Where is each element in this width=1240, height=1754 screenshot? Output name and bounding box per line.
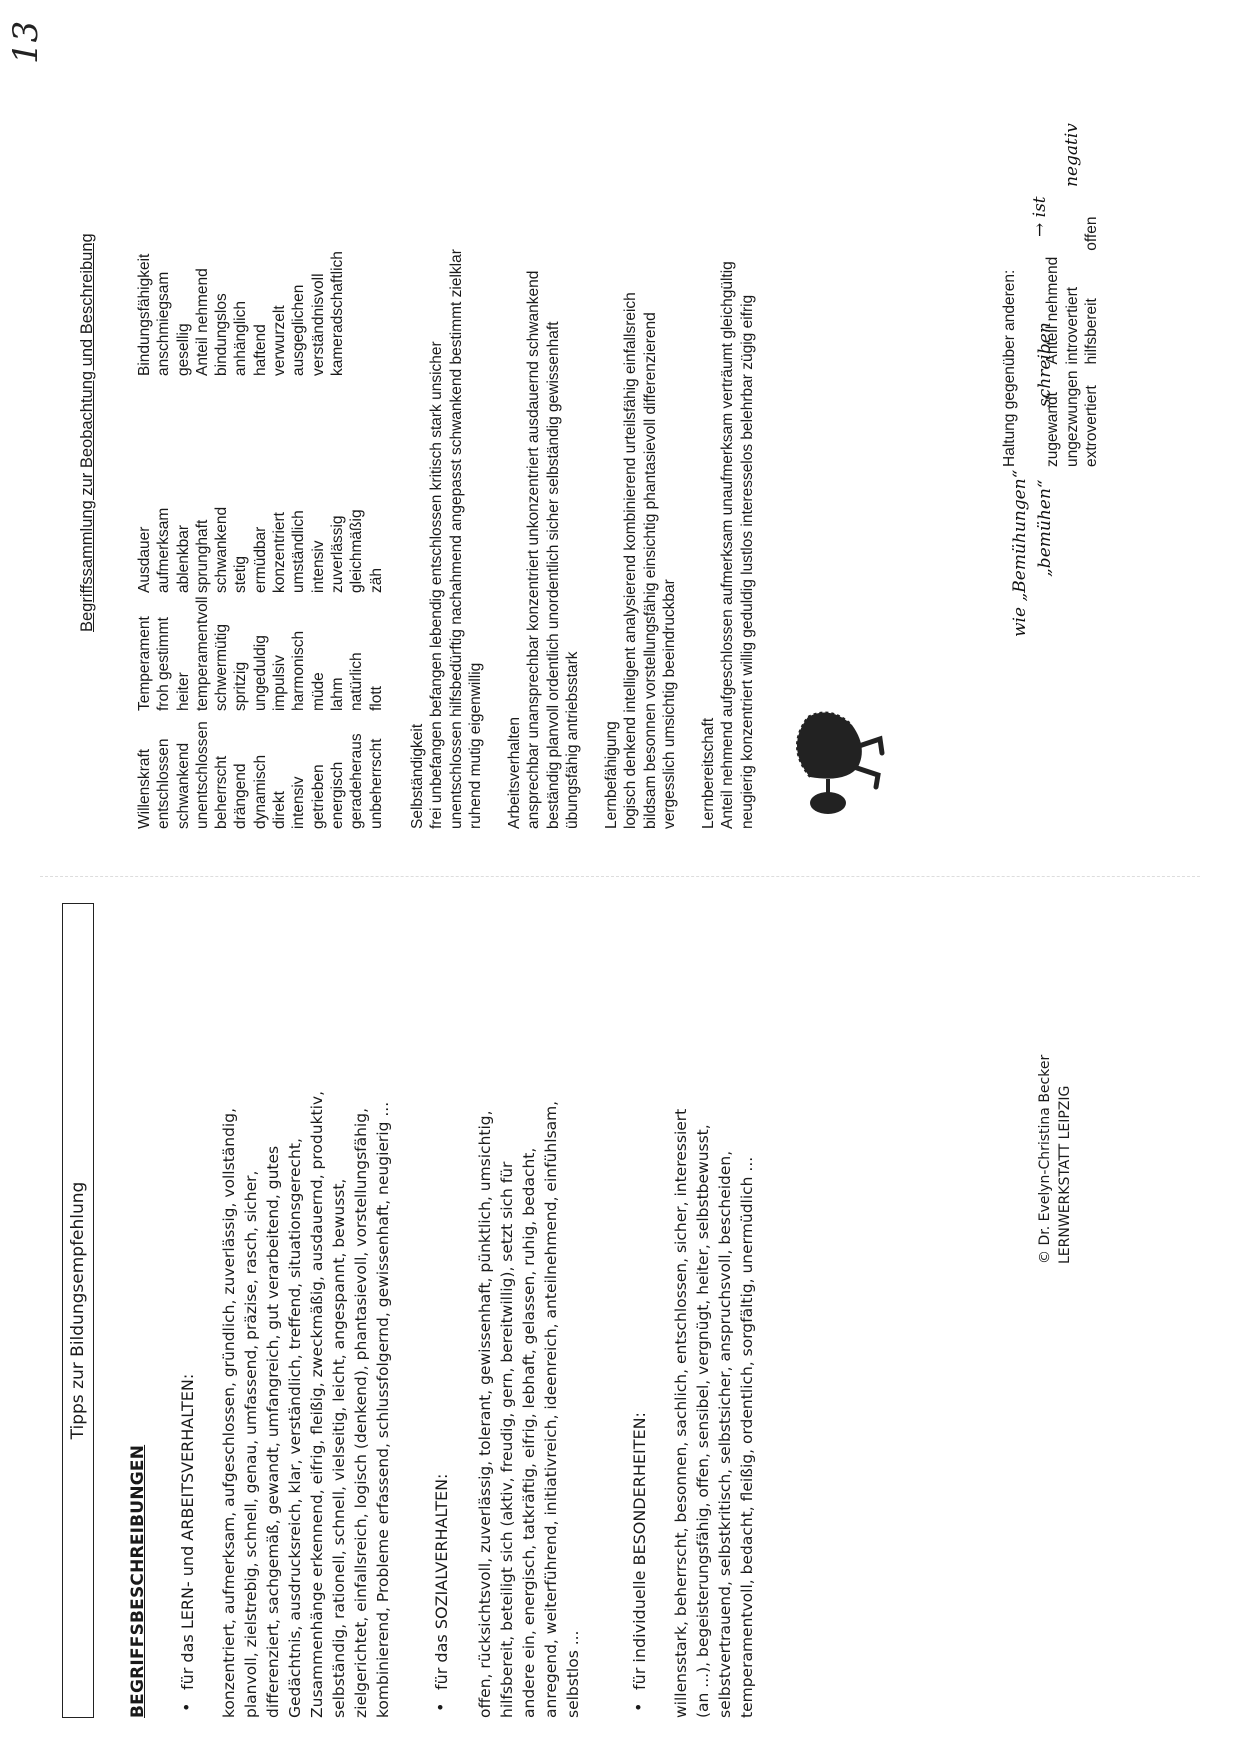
section-haltung: Haltung gegenüber anderen: zugewandtunge… <box>1000 211 1101 467</box>
table-cell: froh gestimmt <box>154 593 173 711</box>
table-cell: anschmiegsam <box>154 156 173 376</box>
haltung-column: Anteil nehmendintrovertierthilfsbereit <box>1043 257 1101 365</box>
haltung-term: Anteil nehmend <box>1043 257 1062 365</box>
cartoon-figure-illustration <box>790 687 894 817</box>
table-column-header: Bindungsfähigkeit <box>135 156 154 376</box>
handwritten-note-negativ: negativ <box>1062 123 1082 187</box>
table-cell: impulsiv <box>270 593 289 711</box>
haltung-term: ungezwungen <box>1063 370 1082 467</box>
table-cell: zuverlässig <box>328 376 347 593</box>
bullet-besonderheiten: für individuelle BESONDERHEITEN: <box>630 1412 649 1690</box>
table-cell: lahm <box>328 593 347 711</box>
table-cell: verständnisvoll <box>309 156 328 376</box>
table-cell: energisch <box>328 711 347 829</box>
table-cell: intensiv <box>309 376 328 593</box>
haltung-column: zugewandtungezwungenextrovertiert <box>1043 370 1101 467</box>
table-cell: konzentriert <box>270 376 289 593</box>
trait-word-table: Willenskraftentschlossenschwankendunents… <box>135 156 386 829</box>
table-cell: direkt <box>270 711 289 829</box>
table-cell: sprunghaft <box>193 376 212 593</box>
table-cell: spritzig <box>231 593 250 711</box>
table-column-header: Willenskraft <box>135 711 154 829</box>
column-willenskraft: Willenskraftentschlossenschwankendunents… <box>135 711 386 829</box>
haltung-term: extrovertiert <box>1082 370 1101 467</box>
table-cell: ermüdbar <box>251 376 270 593</box>
table-column-header: Temperament <box>135 593 154 711</box>
figure-icon <box>790 687 890 817</box>
table-cell: harmonisch <box>289 593 308 711</box>
paragraph-lern-arbeitsverhalten: konzentriert, aufmerksam, aufgeschlossen… <box>218 918 394 1718</box>
copyright-footer: © Dr. Evelyn-Christina Becker LERNWERKST… <box>1035 1055 1075 1264</box>
table-cell: getrieben <box>309 711 328 829</box>
scanned-document-page: 13 Tipps zur Bildungsempfehlung BEGRIFFS… <box>0 0 1240 1754</box>
table-cell: aufmerksam <box>154 376 173 593</box>
table-cell: geradeheraus <box>347 711 366 829</box>
haltung-column: offen <box>1043 217 1101 251</box>
fold-line <box>40 876 1200 877</box>
table-cell: haftend <box>251 156 270 376</box>
haltung-term: offen <box>1082 217 1101 251</box>
haltung-term <box>1063 217 1082 251</box>
haltung-term: introvertiert <box>1063 257 1082 365</box>
table-cell: gleichmäßig <box>347 376 366 593</box>
table-cell: müde <box>309 593 328 711</box>
table-cell: umständlich <box>289 376 308 593</box>
haltung-term <box>1043 217 1062 251</box>
column-ausdauer: Ausdaueraufmerksamablenkbarsprunghaftsch… <box>135 376 386 593</box>
right-page-title: Begriffssammlung zur Beobachtung und Bes… <box>78 233 97 632</box>
right-page: Begriffssammlung zur Beobachtung und Bes… <box>0 0 1240 877</box>
left-page: Tipps zur Bildungsempfehlung BEGRIFFSBES… <box>0 877 1240 1754</box>
handwritten-note-line1: wie „Bemühungen“ <box>1010 470 1030 637</box>
paragraph-besonderheiten: willensstark, beherrscht, besonnen, sach… <box>670 918 758 1718</box>
column-temperament: Temperamentfroh gestimmtheitertemperamen… <box>135 593 386 711</box>
handwritten-note-line2: „bemühen“ <box>1035 480 1055 577</box>
section-arbeitsverhalten: Arbeitsverhalten ansprechbar unansprechb… <box>505 271 582 829</box>
table-cell: unentschlossen <box>193 711 212 829</box>
bullet-sozialverhalten: für das SOZIALVERHALTEN: <box>432 1474 451 1690</box>
table-cell: schwankend <box>174 711 193 829</box>
header-box: Tipps zur Bildungsempfehlung <box>62 903 94 1718</box>
table-cell: zäh <box>367 376 386 593</box>
table-cell: ausgeglichen <box>289 156 308 376</box>
table-cell: anhänglich <box>231 156 250 376</box>
table-cell: dynamisch <box>251 711 270 829</box>
table-column-header: Ausdauer <box>135 376 154 593</box>
haltung-term: zugewandt <box>1043 370 1062 467</box>
bullet-lern-arbeitsverhalten: für das LERN- und ARBEITSVERHALTEN: <box>178 1374 197 1690</box>
table-cell: beherrscht <box>212 711 231 829</box>
table-cell: heiter <box>174 593 193 711</box>
table-cell: gesellig <box>174 156 193 376</box>
table-cell: kameradschaftlich <box>328 156 347 376</box>
table-cell: unbeherrscht <box>367 711 386 829</box>
haltung-term: hilfsbereit <box>1082 257 1101 365</box>
table-cell: ablenkbar <box>174 376 193 593</box>
table-cell: temperamentvoll <box>193 593 212 711</box>
table-cell: bindungslos <box>212 156 231 376</box>
table-cell: verwurzelt <box>270 156 289 376</box>
table-cell: schwermütig <box>212 593 231 711</box>
table-cell: ungeduldig <box>251 593 270 711</box>
table-cell: stetig <box>231 376 250 593</box>
section-lernbereitschaft: Lernbereitschaft Anteil nehmend aufgesch… <box>699 261 757 829</box>
table-cell: entschlossen <box>154 711 173 829</box>
table-cell: drängend <box>231 711 250 829</box>
table-cell: schwankend <box>212 376 231 593</box>
section-lernbefaehigung: Lernbefähigung logisch denkend intellige… <box>602 292 679 829</box>
table-cell: Anteil nehmend <box>193 156 212 376</box>
paragraph-sozialverhalten: offen, rücksichtsvoll, zuverlässig, tole… <box>474 918 584 1718</box>
table-cell: flott <box>367 593 386 711</box>
table-cell: natürlich <box>347 593 366 711</box>
section-heading: BEGRIFFSBESCHREIBUNGEN <box>128 1445 148 1718</box>
table-cell: intensiv <box>289 711 308 829</box>
column-bindungsfaehigkeit: BindungsfähigkeitanschmiegsamgeselligAnt… <box>135 156 386 376</box>
header-box-title: Tipps zur Bildungsempfehlung <box>68 1182 88 1440</box>
section-selbstaendigkeit: Selbständigkeit frei unbefangen befangen… <box>408 249 485 829</box>
